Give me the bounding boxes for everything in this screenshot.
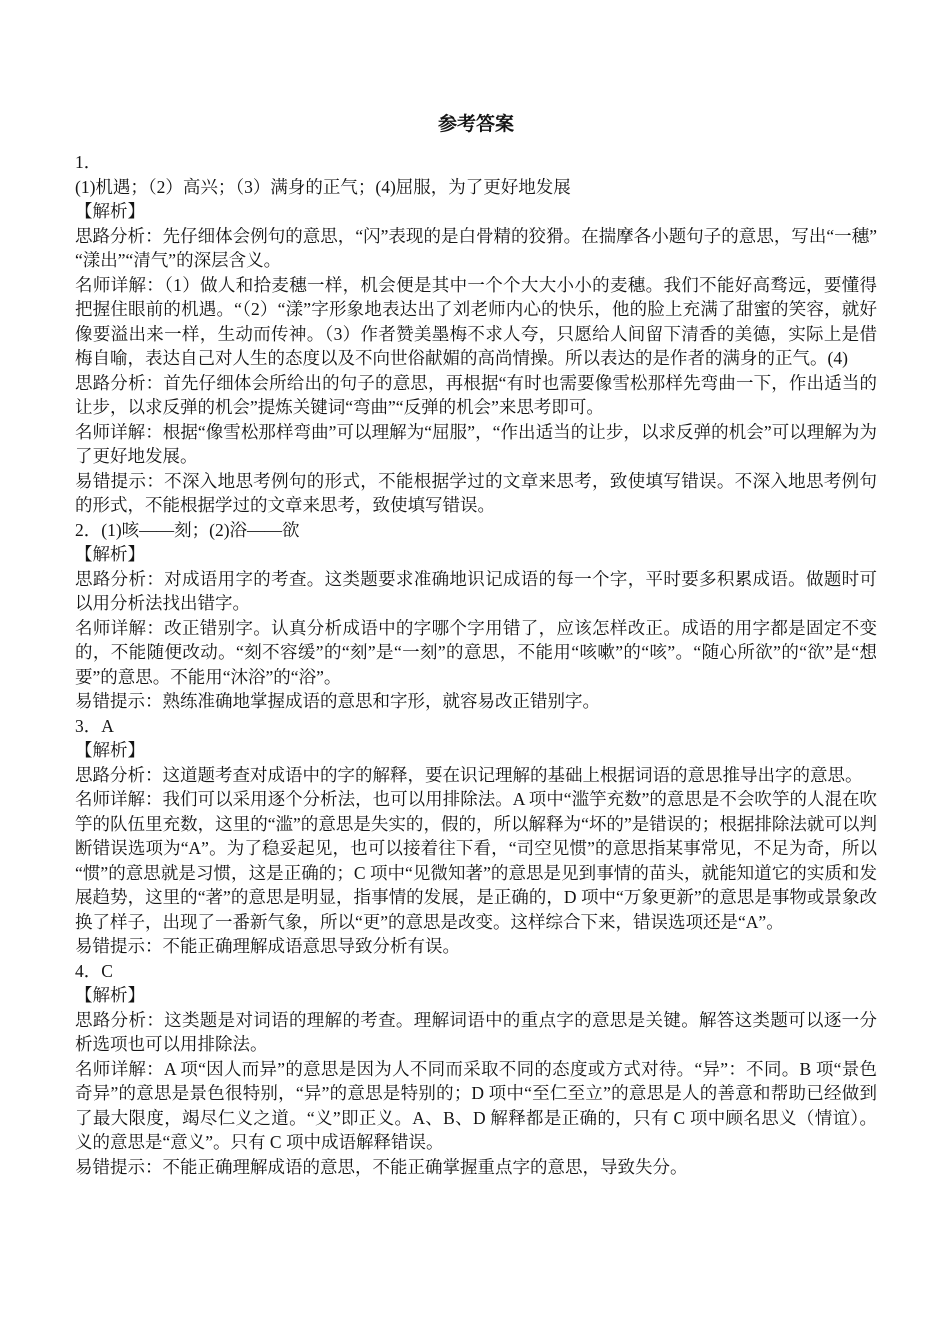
item-2-answer-line: 2．(1)咳——刻；(2)浴——欲 [75, 518, 877, 543]
item-2-analysis-paragraph: 易错提示：熟练准确地掌握成语的意思和字形，就容易改正错别字。 [75, 689, 877, 714]
item-4-analysis-paragraph: 名师详解：A 项“因人而异”的意思是因为人不同而采取不同的态度或方式对待。“异”… [75, 1057, 877, 1155]
answer-item-3: 3．A 【解析】 思路分析：这道题考查对成语中的字的解释，要在识记理解的基础上根… [75, 714, 877, 959]
item-2-analysis-label: 【解析】 [75, 542, 877, 567]
item-1-answer-line: (1)机遇；（2）高兴；（3）满身的正气；(4)屈服，为了更好地发展 [75, 175, 877, 200]
item-3-analysis-paragraph: 思路分析：这道题考查对成语中的字的解释，要在识记理解的基础上根据词语的意思推导出… [75, 763, 877, 788]
answer-item-4: 4．C 【解析】 思路分析：这类题是对词语的理解的考查。理解词语中的重点字的意思… [75, 959, 877, 1180]
item-4-answer-line: 4．C [75, 959, 877, 984]
item-3-analysis-label: 【解析】 [75, 738, 877, 763]
item-1-analysis-paragraph: 思路分析：先仔细体会例句的意思，“闪”表现的是白骨精的狡猾。在揣摩各小题句子的意… [75, 224, 877, 273]
answer-item-2: 2．(1)咳——刻；(2)浴——欲 【解析】 思路分析：对成语用字的考查。这类题… [75, 518, 877, 714]
answer-key-page: 参考答案 1． (1)机遇；（2）高兴；（3）满身的正气；(4)屈服，为了更好地… [0, 0, 950, 1344]
answer-item-1: 1． (1)机遇；（2）高兴；（3）满身的正气；(4)屈服，为了更好地发展 【解… [75, 150, 877, 518]
item-1-analysis-paragraph: 易错提示：不深入地思考例句的形式，不能根据学过的文章来思考，致使填写错误。不深入… [75, 469, 877, 518]
item-4-analysis-paragraph: 思路分析：这类题是对词语的理解的考查。理解词语中的重点字的意思是关键。解答这类题… [75, 1008, 877, 1057]
item-1-number: 1． [75, 150, 877, 175]
item-3-answer-line: 3．A [75, 714, 877, 739]
item-1-analysis-paragraph: 名师详解：根据“像雪松那样弯曲”可以理解为“屈服”，“作出适当的让步，以求反弹的… [75, 420, 877, 469]
item-3-analysis-paragraph: 名师详解：我们可以采用逐个分析法，也可以用排除法。A 项中“滥竽充数”的意思是不… [75, 787, 877, 934]
item-1-analysis-paragraph: 思路分析：首先仔细体会所给出的句子的意思，再根据“有时也需要像雪松那样先弯曲一下… [75, 371, 877, 420]
item-2-analysis-paragraph: 名师详解：改正错别字。认真分析成语中的字哪个字用错了，应该怎样改正。成语的用字都… [75, 616, 877, 690]
item-2-analysis-paragraph: 思路分析：对成语用字的考查。这类题要求准确地识记成语的每一个字，平时要多积累成语… [75, 567, 877, 616]
item-1-analysis-label: 【解析】 [75, 199, 877, 224]
item-4-analysis-paragraph: 易错提示：不能正确理解成语的意思，不能正确掌握重点字的意思，导致失分。 [75, 1155, 877, 1180]
page-title: 参考答案 [75, 112, 877, 138]
item-1-analysis-paragraph: 名师详解：（1）做人和拾麦穗一样，机会便是其中一个个大大小小的麦穗。我们不能好高… [75, 273, 877, 371]
item-3-analysis-paragraph: 易错提示：不能正确理解成语意思导致分析有误。 [75, 934, 877, 959]
item-4-analysis-label: 【解析】 [75, 983, 877, 1008]
